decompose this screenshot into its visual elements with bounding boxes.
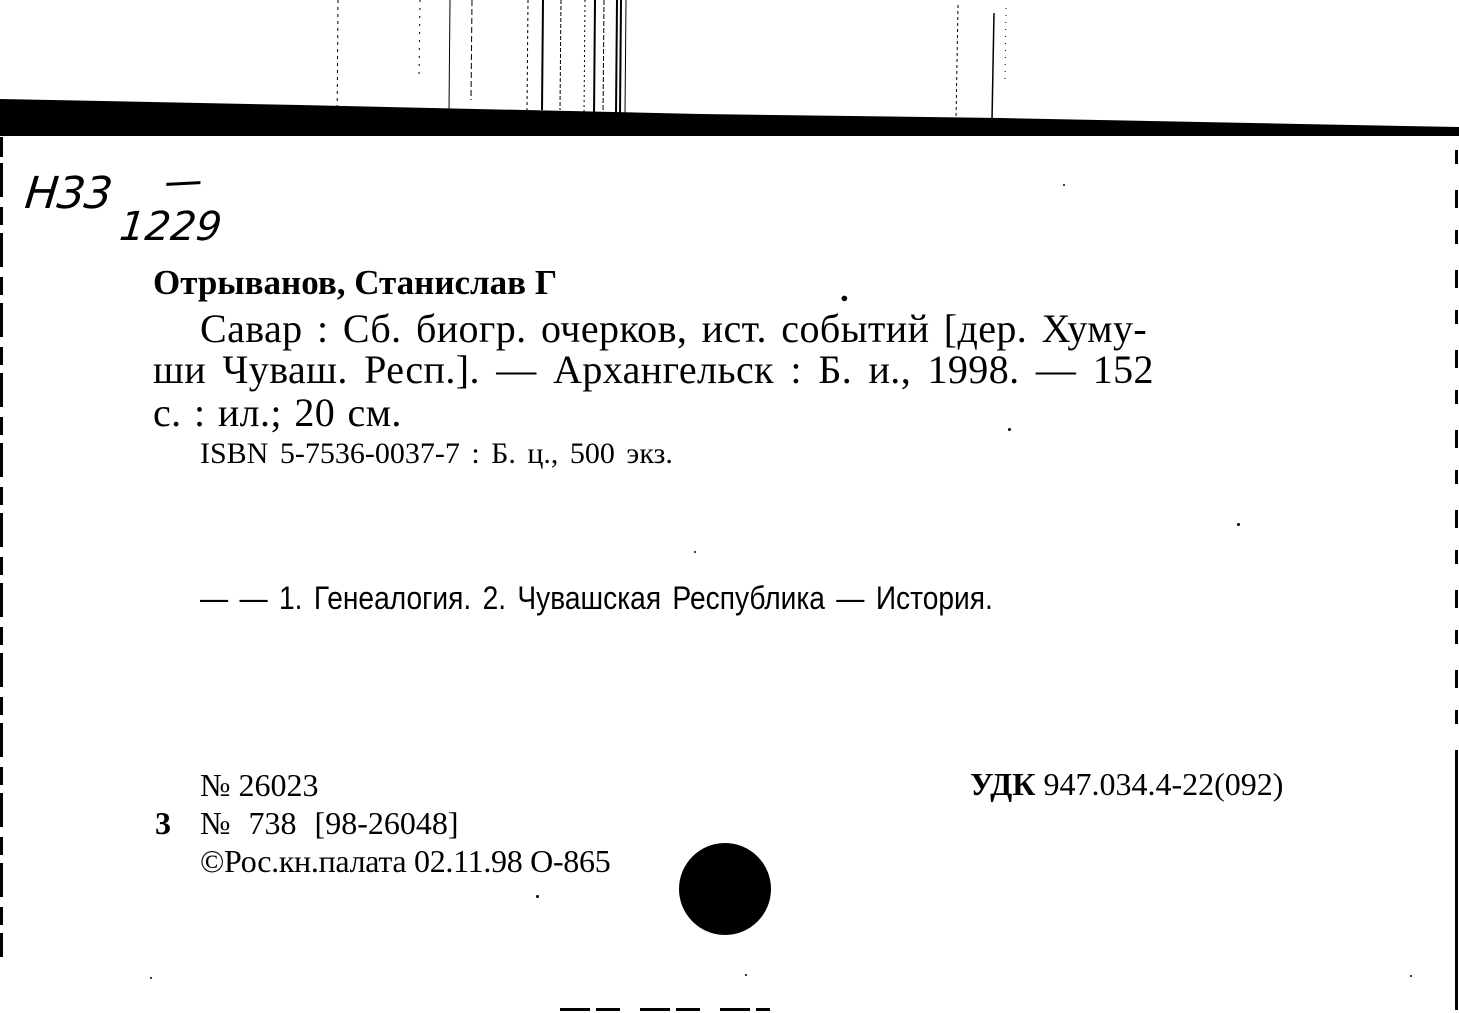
title-line-3: с. : ил.; 20 см. <box>153 389 402 436</box>
card-number: № 738 [98-26048] <box>200 805 459 842</box>
speck <box>536 895 539 898</box>
author-trailing-dot: . <box>840 270 849 310</box>
speck <box>1237 523 1240 526</box>
udk-label: УДК <box>970 766 1035 802</box>
udk-classification: УДК 947.034.4-22(092) <box>970 766 1283 803</box>
card-left-edge <box>0 137 3 957</box>
speck <box>1063 184 1065 186</box>
speck <box>1410 975 1412 977</box>
author-heading: Отрыванов, Станислав Г <box>153 263 557 303</box>
speck <box>150 977 152 979</box>
copyright-line: ©Рос.кн.палата 02.11.98 О-865 <box>200 843 610 880</box>
speck <box>745 974 747 976</box>
card-right-edge-lower <box>1455 750 1458 1010</box>
card-prefix: 3 <box>155 805 171 842</box>
udk-value: 947.034.4-22(092) <box>1043 766 1283 802</box>
subject-headings: — — 1. Генеалогия. 2. Чувашская Республи… <box>200 580 993 617</box>
shelfmark-sub: 1229 <box>117 204 224 250</box>
punch-hole <box>679 843 771 935</box>
shelfmark-bar <box>166 181 200 186</box>
scan-black-band <box>0 97 1459 137</box>
title-line-1: Савар : Сб. биогр. очерков, ист. событий… <box>200 305 1147 352</box>
card-bottom-edge <box>560 1008 770 1011</box>
record-number: № 26023 <box>200 767 319 804</box>
speck <box>1008 428 1011 431</box>
title-line-2: ши Чуваш. Респ.]. — Архангельск : Б. и.,… <box>153 346 1154 393</box>
speck <box>694 551 696 553</box>
isbn-line: ISBN 5-7536-0037-7 : Б. ц., 500 экз. <box>200 437 673 471</box>
shelfmark-main: Н33 <box>23 168 114 219</box>
